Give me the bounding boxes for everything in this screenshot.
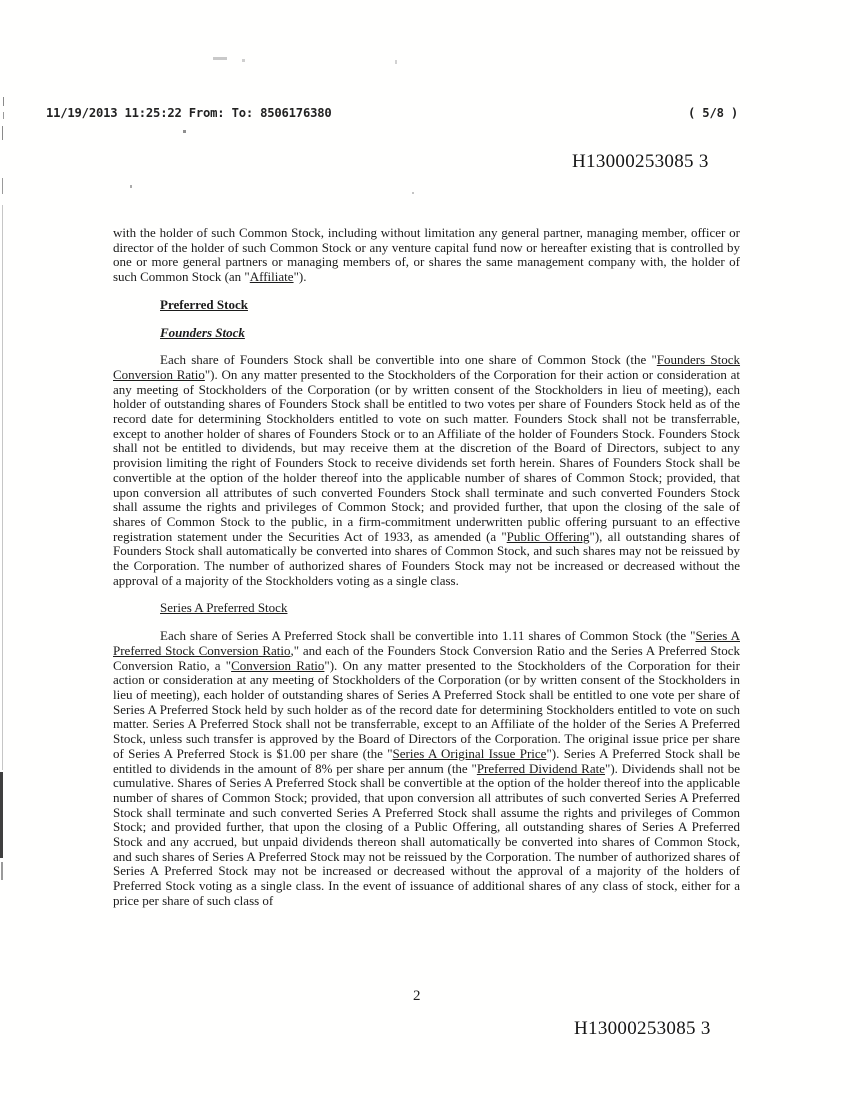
text-segment: Preferred Dividend Rate bbox=[477, 761, 605, 776]
scan-artifact bbox=[412, 192, 414, 194]
text-segment: "). bbox=[294, 269, 307, 284]
scanned-document-page: 11/19/2013 11:25:22 From: To: 8506176380… bbox=[0, 0, 850, 1098]
text-segment: Each share of Series A Preferred Stock s… bbox=[160, 628, 696, 643]
heading-preferred-stock: Preferred Stock bbox=[160, 298, 740, 313]
text-segment: "). Dividends shall not be cumulative. S… bbox=[113, 761, 740, 908]
fax-timestamp-line: 11/19/2013 11:25:22 From: To: 8506176380 bbox=[46, 106, 332, 120]
heading-series-a-preferred-stock: Series A Preferred Stock bbox=[160, 601, 740, 616]
scan-artifact bbox=[213, 57, 227, 60]
text-segment: Series A Original Issue Price bbox=[393, 746, 547, 761]
scan-artifact bbox=[2, 126, 3, 140]
text-segment: Preferred Stock bbox=[160, 297, 248, 312]
fax-page-indicator: ( 5/8 ) bbox=[688, 106, 738, 120]
text-segment: Series A Preferred Stock bbox=[160, 600, 287, 615]
text-segment: "). On any matter presented to the Stock… bbox=[113, 367, 740, 544]
series-a-preferred-stock-paragraph: Each share of Series A Preferred Stock s… bbox=[113, 629, 740, 908]
text-segment: Each share of Founders Stock shall be co… bbox=[160, 352, 657, 367]
scan-artifact bbox=[2, 205, 3, 770]
text-segment: Affiliate bbox=[250, 269, 294, 284]
document-number-bottom: H13000253085 3 bbox=[574, 1018, 711, 1040]
text-segment: Public Offering bbox=[507, 529, 590, 544]
text-segment: Conversion Ratio bbox=[231, 658, 324, 673]
fax-header: 11/19/2013 11:25:22 From: To: 8506176380… bbox=[46, 106, 738, 120]
scan-artifact bbox=[3, 112, 4, 119]
continuation-paragraph: with the holder of such Common Stock, in… bbox=[113, 226, 740, 285]
document-body: with the holder of such Common Stock, in… bbox=[113, 226, 740, 909]
heading-founders-stock: Founders Stock bbox=[160, 326, 740, 341]
page-number: 2 bbox=[413, 988, 421, 1005]
scan-artifact bbox=[1, 862, 3, 880]
scan-artifact bbox=[242, 59, 245, 62]
scan-artifact bbox=[0, 772, 3, 858]
text-segment: Founders Stock bbox=[160, 325, 245, 340]
scan-artifact bbox=[395, 60, 397, 64]
scan-artifact bbox=[130, 185, 132, 188]
founders-stock-paragraph: Each share of Founders Stock shall be co… bbox=[113, 353, 740, 588]
document-number-top: H13000253085 3 bbox=[572, 151, 709, 173]
scan-artifact bbox=[2, 178, 3, 194]
scan-artifact bbox=[183, 130, 186, 133]
text-segment: with the holder of such Common Stock, in… bbox=[113, 225, 740, 284]
scan-artifact bbox=[3, 97, 4, 106]
